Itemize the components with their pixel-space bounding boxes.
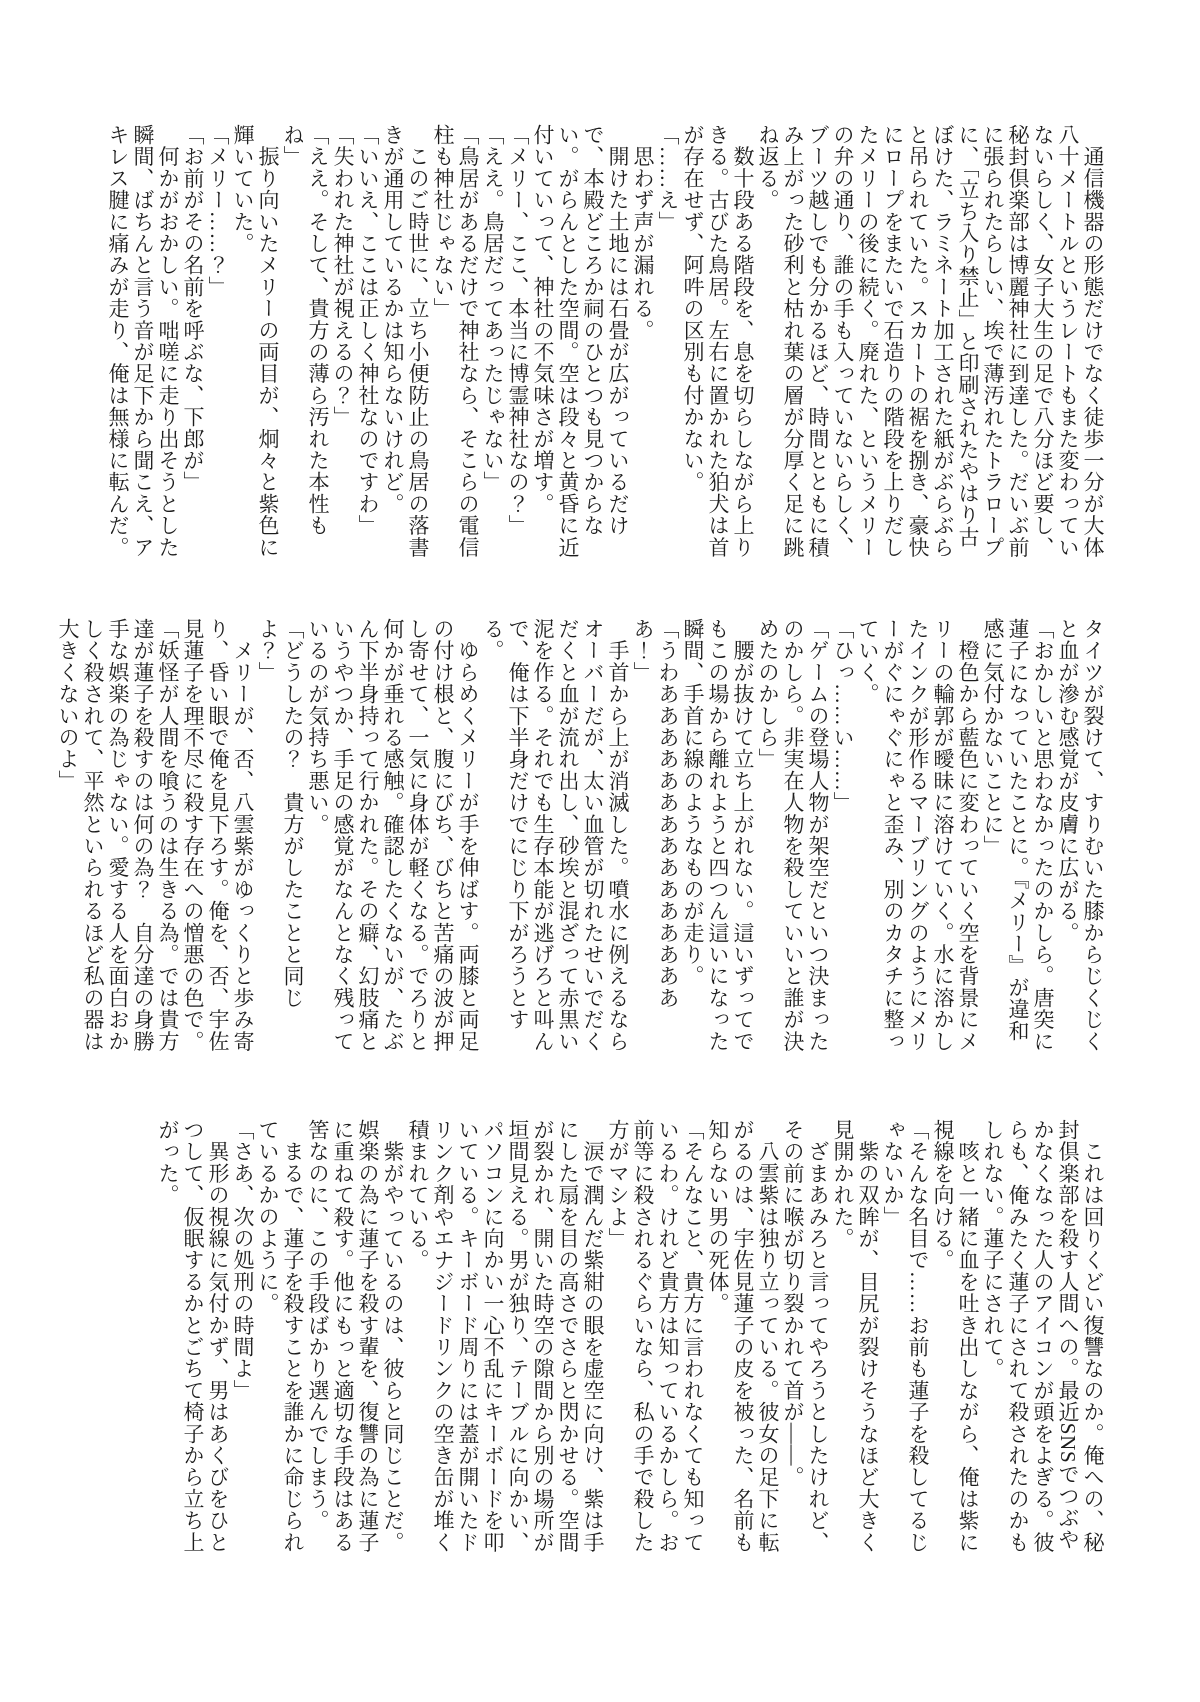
paragraph: 「そんなこと、貴方に言われなくても知っているわ。けれど貴方は知っているかしら。お… — [605, 1119, 705, 1555]
text-section-2: タイツが裂けて、すりむいた膝からじくじくと血が滲む感覚が皮膚に広がる。「おかしい… — [55, 618, 1105, 1054]
paragraph: 涙で潤んだ紫紺の眼を虚空に向け、紫は手にした扇を目の高さでさらと閃かせる。空間が… — [405, 1119, 605, 1555]
paragraph: 「ひっ……い……」 — [830, 618, 855, 1054]
paragraph: 「ええ。そして、貴方の薄ら汚れた本性もね」 — [280, 124, 330, 560]
paragraph: 咳と一緒に血を吐き出しながら、俺は紫に視線を向ける。 — [930, 1119, 980, 1555]
paragraph: 橙色から藍色に変わっていく空を背景にメリーの輪郭が曖昧に溶けていく。水に溶かした… — [855, 618, 980, 1054]
paragraph: 「鳥居があるだけで神社なら、そこらの電信柱も神社じゃない」 — [430, 124, 480, 560]
paragraph: 何かがおかしい。咄嗟に走り出そうとした瞬間、ばちんと言う音が足下から聞こえ、アキ… — [105, 124, 180, 560]
paragraph: 「メリー……？」 — [205, 124, 230, 560]
paragraph: 「……え」 — [655, 124, 680, 560]
paragraph: 数十段ある階段を、息を切らしながら上りきる。古びた鳥居。左右に置かれた狛犬は首が… — [680, 124, 755, 560]
paragraph: 「ゲームの登場人物が架空だといつ決まったのかしら。非実在人物を殺していいと誰が決… — [755, 618, 830, 1054]
text-section-1: 通信機器の形態だけでなく徒歩一分が大体八十メートルというレートもまた変わっていな… — [105, 124, 1105, 560]
paragraph: 思わず声が漏れる。 — [630, 124, 655, 560]
paragraph: 紫の双眸が、目尻が裂けそうなほど大きく見開かれた。 — [830, 1119, 880, 1555]
paragraph: このご時世に、立ち小便防止の鳥居の落書きが通用しているかは知らないけれど。 — [380, 124, 430, 560]
paragraph: ざまあみろと言ってやろうとしたけれど、その前に喉が切り裂かれて首が――。 — [780, 1119, 830, 1555]
paragraph: 「おかしいと思わなかったのかしら。唐突に蓮子になっていたことに。『メリー』が違和… — [980, 618, 1055, 1054]
paragraph: 「さあ、次の処刑の時間よ」 — [230, 1119, 255, 1555]
paragraph: 「メリー、ここ、本当に博霊神社なの？」 — [505, 124, 530, 560]
paragraph: これは回りくどい復讐なのか。俺への、秘封倶楽部を殺す人間への。最近SNSでつぶや… — [980, 1119, 1105, 1555]
paragraph: 「失われた神社が視えるの？」 — [330, 124, 355, 560]
paragraph: 八雲紫は独り立っている。彼女の足下に転がるのは、宇佐見蓮子の皮を被った、名前も知… — [705, 1119, 780, 1555]
paragraph: 手首から上が消滅した。噴水に例えるならオーバーだが、太い血管が切れたせいでだくだ… — [480, 618, 630, 1054]
paragraph: 紫がやっているのは、彼らと同じことだ。娯楽の為に蓮子を殺す輩を、復讐の為に蓮子に… — [305, 1119, 405, 1555]
paragraph: ゆらめくメリーが手を伸ばす。両膝と両足の付け根と、腹にびち、びちと苦痛の波が押し… — [305, 618, 480, 1054]
paragraph: 「そんな名目で……お前も蓮子を殺してるじゃないか」 — [880, 1119, 930, 1555]
paragraph: 「どうしたの？ 貴方がしたことと同じよ？」 — [255, 618, 305, 1054]
paragraph: まるで、蓮子を殺すことを誰かに命じられているかのように。 — [255, 1119, 305, 1555]
novel-page: 通信機器の形態だけでなく徒歩一分が大体八十メートルというレートもまた変わっていな… — [0, 0, 1200, 1702]
paragraph: 「ええ。鳥居だってあったじゃない」 — [480, 124, 505, 560]
paragraph: タイツが裂けて、すりむいた膝からじくじくと血が滲む感覚が皮膚に広がる。 — [1055, 618, 1105, 1054]
paragraph: メリーが、否、八雲紫がゆっくりと歩み寄り、昏い眼で俺を見下ろす。俺を、否、宇佐見… — [180, 618, 255, 1054]
paragraph: 「妖怪が人間を喰うのは生きる為。では貴方達が蓮子を殺すのは何の為？ 自分達の身勝… — [55, 618, 180, 1054]
paragraph: 開けた土地には石畳が広がっているだけで、本殿どころか祠のひとつも見つからない。が… — [530, 124, 630, 560]
paragraph: 腰が抜けて立ち上がれない。這いずってでもこの場から離れようと四つん這いになった瞬… — [680, 618, 755, 1054]
text-section-3: これは回りくどい復讐なのか。俺への、秘封倶楽部を殺す人間への。最近SNSでつぶや… — [155, 1119, 1105, 1555]
paragraph: 「いいえ、ここは正しく神社なのですわ」 — [355, 124, 380, 560]
paragraph: 「うわああああああああああああああああ！」 — [630, 618, 680, 1054]
paragraph: 通信機器の形態だけでなく徒歩一分が大体八十メートルというレートもまた変わっていな… — [755, 124, 1105, 560]
paragraph: 異形の視線に気付かず、男はあくびをひとつして、仮眠するかとごちて椅子から立ち上が… — [155, 1119, 230, 1555]
paragraph: 振り向いたメリーの両目が、炯々と紫色に輝いていた。 — [230, 124, 280, 560]
paragraph: 「お前がその名前を呼ぶな、下郎が」 — [180, 124, 205, 560]
